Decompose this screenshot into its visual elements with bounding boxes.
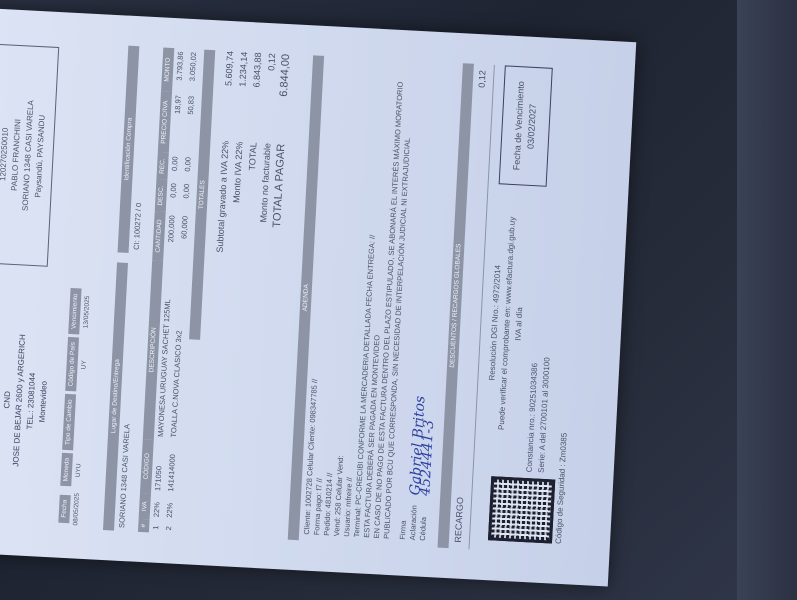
table-cell: 0,00 — [180, 154, 194, 181]
emisor-block: RUT EMISOR210144140017 F. PAGOCrédito Ti… — [0, 40, 59, 267]
field-vencimiento: Vencimiento13/05/2025 — [68, 288, 94, 335]
invoice-document: frontoy Desde 1960 FRONTOY S.A. CND JOSE… — [0, 4, 636, 587]
footer: Resolución DGI Nro.: 4972/2014 Puede ver… — [468, 65, 614, 556]
vencimiento-box: Fecha de Vencimiento 03/02/2027 — [499, 65, 553, 186]
column-header: # — [138, 519, 150, 532]
qr-code — [488, 476, 555, 543]
totals-block: Subtotal gravado a IVA 22%5.609,74Monto … — [210, 51, 294, 314]
table-cell: 141414000 — [164, 440, 180, 495]
company-info: FRONTOY S.A. CND JOSE DE BEJAR 2600 y AR… — [0, 314, 54, 487]
receptor-box: RUT COMPRADOR 120270250010 PABLO FRANCHI… — [0, 43, 59, 267]
field-fecha: Fecha08/05/2025 — [58, 489, 84, 529]
table-cell: 2 — [162, 520, 176, 533]
codigo-seguridad: Código de Seguridad : Zm0385 — [554, 433, 569, 545]
addenda-section: ADENDA Cliente: 1002728 Celular Cliente:… — [288, 55, 456, 547]
field-codigo-pais: Código de PaísUY — [65, 337, 92, 393]
table-cell: 60,000 — [176, 213, 192, 262]
table-cell: 0,00 — [179, 181, 194, 214]
table-cell: 22% — [163, 494, 177, 521]
background-fabric — [737, 0, 797, 600]
table-cell: 3.050,02 — [185, 49, 200, 93]
field-tipo-cambio: Tipo de Cambio — [62, 394, 89, 451]
table-cell: 50,83 — [182, 93, 198, 155]
table-cell: 1 — [149, 520, 163, 533]
field-moneda: MonedaUYU — [60, 453, 86, 488]
header-fields: Fecha08/05/2025 MonedaUYU Tipo de Cambio… — [58, 288, 95, 529]
